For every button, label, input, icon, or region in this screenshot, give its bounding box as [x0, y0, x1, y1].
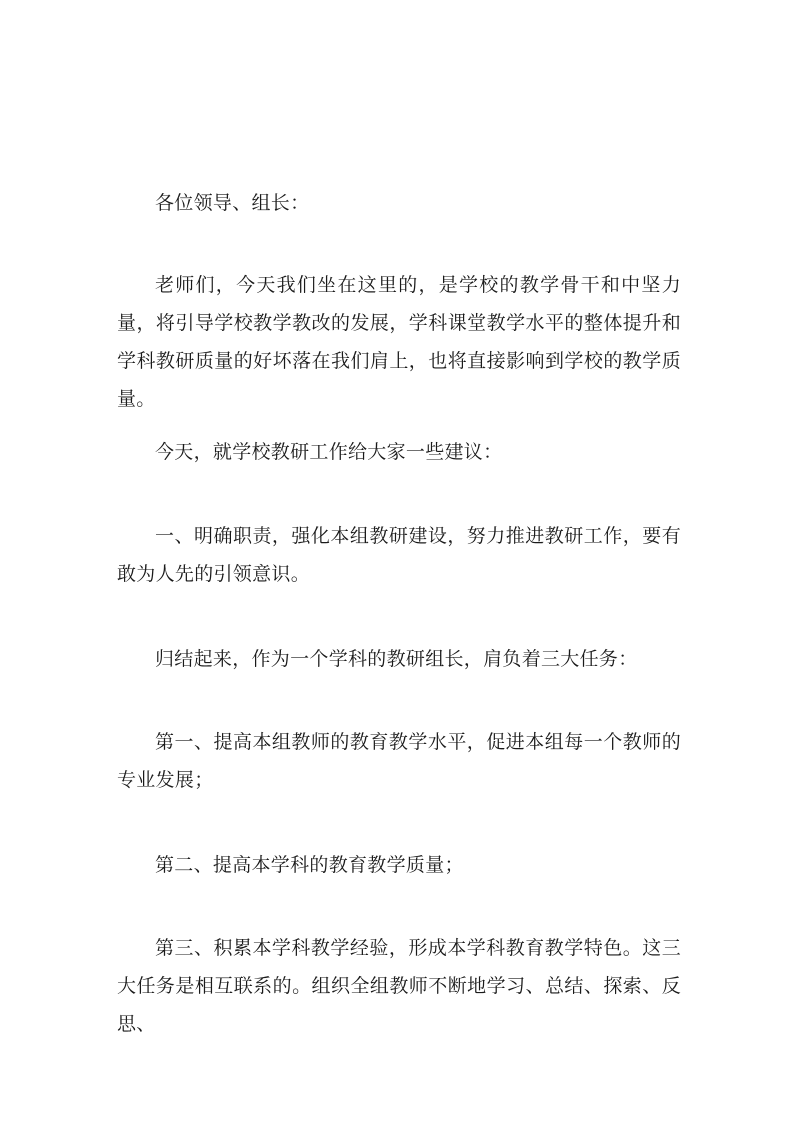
paragraph-point-one: 一、明确职责，强化本组教研建设，努力推进教研工作，要有敢为人先的引领意识。 [117, 517, 681, 593]
paragraph-intro: 老师们，今天我们坐在这里的，是学校的教学骨干和中坚力量，将引导学校教学教改的发展… [117, 266, 681, 418]
paragraph-task-one: 第一、提高本组教师的教育教学水平，促进本组每一个教师的专业发展； [117, 723, 681, 799]
paragraph-summary: 归结起来，作为一个学科的教研组长，肩负着三大任务： [117, 640, 681, 678]
salutation: 各位领导、组长： [117, 184, 681, 222]
document-page: 各位领导、组长： 老师们，今天我们坐在这里的，是学校的教学骨干和中坚力量，将引导… [0, 0, 793, 1122]
paragraph-suggestions: 今天，就学校教研工作给大家一些建议： [117, 433, 681, 471]
paragraph-task-three: 第三、积累本学科教学经验，形成本学科教育教学特色。这三大任务是相互联系的。组织全… [117, 929, 681, 1043]
paragraph-task-two: 第二、提高本学科的教育教学质量； [117, 846, 681, 884]
